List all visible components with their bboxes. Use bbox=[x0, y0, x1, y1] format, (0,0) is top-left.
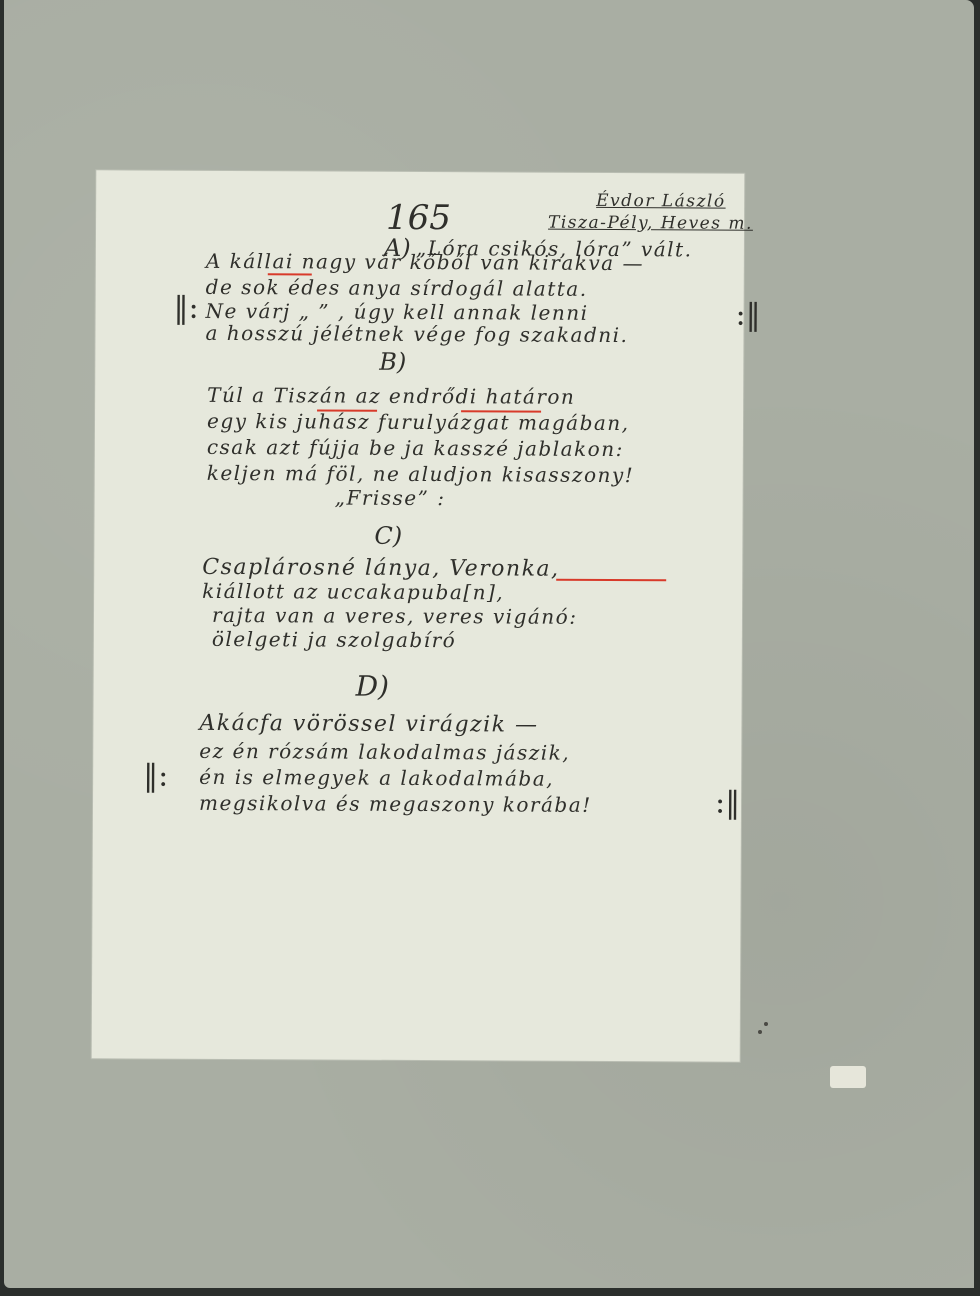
verse-line: de sok édes anya sírdogál alatta. bbox=[206, 275, 588, 301]
verse-line: egy kis juhász furulyázgat magában, bbox=[207, 409, 630, 435]
verse-line: Túl a Tiszán az endrődi határon bbox=[207, 383, 575, 409]
verse-line: ez én rózsám lakodalmas jászik, bbox=[199, 739, 570, 765]
verse-line: A kállai nagy vár kőből van kirakva — bbox=[206, 249, 644, 275]
mounting-board: 165 Évdor László Tisza-Pély, Heves m. A)… bbox=[4, 0, 974, 1288]
verse-line: ölelgeti ja szolgabíró bbox=[212, 627, 456, 652]
paper-remnant bbox=[830, 1066, 866, 1088]
verse-line: csak azt fújja be ja kasszé jablakon: bbox=[207, 435, 624, 461]
verse-line: én is elmegyek a lakodalmába, bbox=[199, 765, 554, 791]
red-underline bbox=[268, 273, 312, 275]
collector-name: Évdor László bbox=[596, 191, 726, 212]
section-d-label: D) bbox=[356, 670, 390, 703]
verse-line: a hosszú jélétnek vége fog szakadni. bbox=[205, 321, 628, 347]
manuscript-sheet: 165 Évdor László Tisza-Pély, Heves m. A)… bbox=[92, 170, 745, 1061]
section-c-label: C) bbox=[374, 522, 402, 550]
verse-line: megsikolva és megaszony korába! bbox=[199, 791, 592, 817]
repeat-start-sign: ‖: bbox=[174, 291, 199, 326]
tempo-marking: „Frisse” : bbox=[335, 486, 446, 511]
verse-line: kiállott az uccakapuba[n], bbox=[202, 579, 504, 605]
red-underline bbox=[556, 579, 666, 582]
verse-line: Akácfa vörössel virágzik — bbox=[199, 711, 538, 738]
board-spot bbox=[758, 1030, 762, 1034]
verse-line: rajta van a veres, veres vigánó: bbox=[212, 603, 578, 629]
verse-line: keljen má föl, ne aludjon kisasszony! bbox=[207, 461, 635, 487]
verse-line: Csaplárosné lánya, Veronka, bbox=[202, 555, 559, 582]
board-spot bbox=[764, 1022, 768, 1026]
red-underline bbox=[317, 409, 377, 411]
section-b-label: B) bbox=[379, 348, 406, 376]
collection-place: Tisza-Pély, Heves m. bbox=[548, 213, 753, 234]
red-underline bbox=[461, 410, 541, 412]
repeat-end-sign: :‖ bbox=[735, 298, 760, 333]
repeat-start-sign: ‖: bbox=[143, 759, 168, 794]
item-number: 165 bbox=[386, 198, 451, 238]
repeat-end-sign: :‖ bbox=[715, 786, 740, 821]
